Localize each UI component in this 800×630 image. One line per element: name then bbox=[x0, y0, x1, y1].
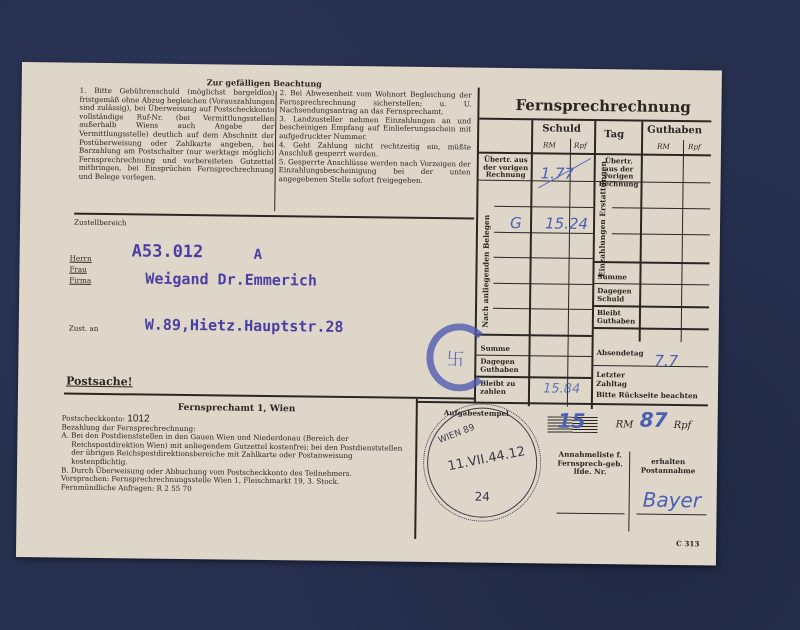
col-guthaben: Guthaben bbox=[647, 125, 702, 137]
grid-h1 bbox=[479, 180, 594, 182]
label-herrn: Herrn bbox=[70, 253, 92, 264]
row-einzahlungen: Einzahlungen Erstattungen bbox=[597, 187, 607, 277]
absendetag-value: 7.7 bbox=[654, 352, 678, 370]
notes-divider bbox=[274, 91, 276, 211]
grid-v5 bbox=[681, 140, 684, 342]
annahmeliste-line bbox=[557, 513, 625, 515]
row-uebertrag-left: Übertr. aus der vorigen Rechnung bbox=[483, 156, 529, 179]
notes-bottom-rule bbox=[74, 213, 474, 220]
notes-left: 1. Bitte Gebührenschuld (möglichst barge… bbox=[79, 87, 275, 184]
handwritten-uebertrag: 1.77 bbox=[541, 164, 575, 182]
postmark-number: 24 bbox=[475, 490, 490, 504]
payment-option-a: A. Bei den Postdienststellen in den Gaue… bbox=[61, 432, 411, 471]
bill-title: Fernsprechrechnung bbox=[515, 96, 691, 116]
note-5: 5. Gesperrte Anschlüsse werden nach Vorz… bbox=[279, 158, 471, 186]
table-bottom-rule bbox=[416, 401, 708, 407]
grid-h2 bbox=[494, 206, 593, 208]
zustellbereich-label: Zustellbereich bbox=[74, 219, 127, 228]
grid-h6 bbox=[493, 308, 592, 310]
grid-h5 bbox=[493, 283, 592, 285]
guthaben-rpf: Rpf bbox=[688, 143, 701, 152]
guthaben-rm: RM bbox=[657, 143, 670, 152]
grid-h-left-summe-top bbox=[477, 334, 592, 337]
notes-right: 2. Bei Abwesenheit vom Wohnort Begleichu… bbox=[279, 89, 472, 186]
form-number: C 313 bbox=[676, 540, 699, 549]
grid-h3r bbox=[612, 233, 710, 235]
label-firma: Firma bbox=[69, 275, 91, 286]
telephone-bill-form: Zur gefälligen Beachtung 1. Bitte Gebühr… bbox=[16, 62, 722, 566]
handwritten-bleibt: 15.84 bbox=[543, 381, 580, 396]
row-bleibt-guthaben: Bleibt Guthaben bbox=[597, 309, 639, 325]
schuld-rpf: Rpf bbox=[574, 142, 587, 151]
grid-h4 bbox=[494, 257, 593, 259]
handwritten-belege-code: G bbox=[510, 214, 522, 232]
handwritten-belege: 15.24 bbox=[545, 214, 588, 233]
rpf-label: Rpf bbox=[674, 420, 692, 431]
office-details: Postscheckkonto: 1012 Bezahlung der Fern… bbox=[61, 415, 412, 497]
zustellung-label: Zust. an bbox=[69, 325, 99, 334]
col-schuld: Schuld bbox=[542, 123, 581, 134]
row-bleibt-zahlen: Bleibt zu zahlen bbox=[480, 380, 526, 396]
handwritten-signature: Bayer bbox=[643, 488, 702, 513]
grid-h10r bbox=[593, 365, 708, 367]
office-title: Fernsprechamt 1, Wien bbox=[178, 404, 296, 415]
account-suffix: A bbox=[254, 247, 263, 263]
amount-rpf: 87 bbox=[640, 408, 668, 432]
absendetag-label: Absendetag bbox=[596, 349, 643, 358]
address: W.89,Hietz.Hauptstr.28 bbox=[145, 316, 344, 336]
grid-h2r bbox=[612, 207, 710, 209]
swastika-icon: 卐 bbox=[446, 345, 464, 371]
postsache-label: Postsache! bbox=[66, 375, 133, 389]
label-frau: Frau bbox=[69, 264, 91, 275]
letzter-zahltag-label: Letzter Zahltag bbox=[596, 371, 636, 389]
row-belege: Nach anliegenden Belegen bbox=[481, 188, 492, 328]
annahmeliste-label: Annahmeliste f. Fernsprech-geb. lfde. Nr… bbox=[557, 451, 623, 478]
row-summe-right: Summe bbox=[597, 273, 627, 281]
rueckseite-note: Bitte Rückseite beachten bbox=[596, 391, 698, 401]
receipt-divider bbox=[414, 399, 418, 539]
schuld-rm: RM bbox=[543, 141, 556, 150]
note-3: 3. Landzusteller nehmen Einzahlungen an … bbox=[279, 115, 471, 143]
grid-h9r bbox=[594, 327, 709, 330]
address-bottom-rule bbox=[64, 393, 476, 400]
row-dagegen-schuld: Dagegen Schuld bbox=[597, 287, 639, 303]
erhalten-label: erhalten Postannahme bbox=[639, 458, 697, 476]
col-tag: Tag bbox=[604, 129, 624, 140]
addressee-name: Weigand Dr.Emmerich bbox=[145, 270, 317, 290]
grid-h-summe-top bbox=[595, 261, 710, 264]
account-number: A53.012 bbox=[132, 241, 204, 262]
note-2: 2. Bei Abwesenheit vom Wohnort Begleichu… bbox=[279, 89, 471, 117]
signature-line bbox=[637, 514, 707, 516]
grid-h7r bbox=[594, 283, 709, 285]
addressee-labels: Herrn Frau Firma bbox=[69, 253, 91, 286]
receipt-inner-divider bbox=[628, 451, 630, 531]
rm-label: RM bbox=[616, 419, 634, 430]
amount-rm: 15 bbox=[558, 409, 586, 433]
